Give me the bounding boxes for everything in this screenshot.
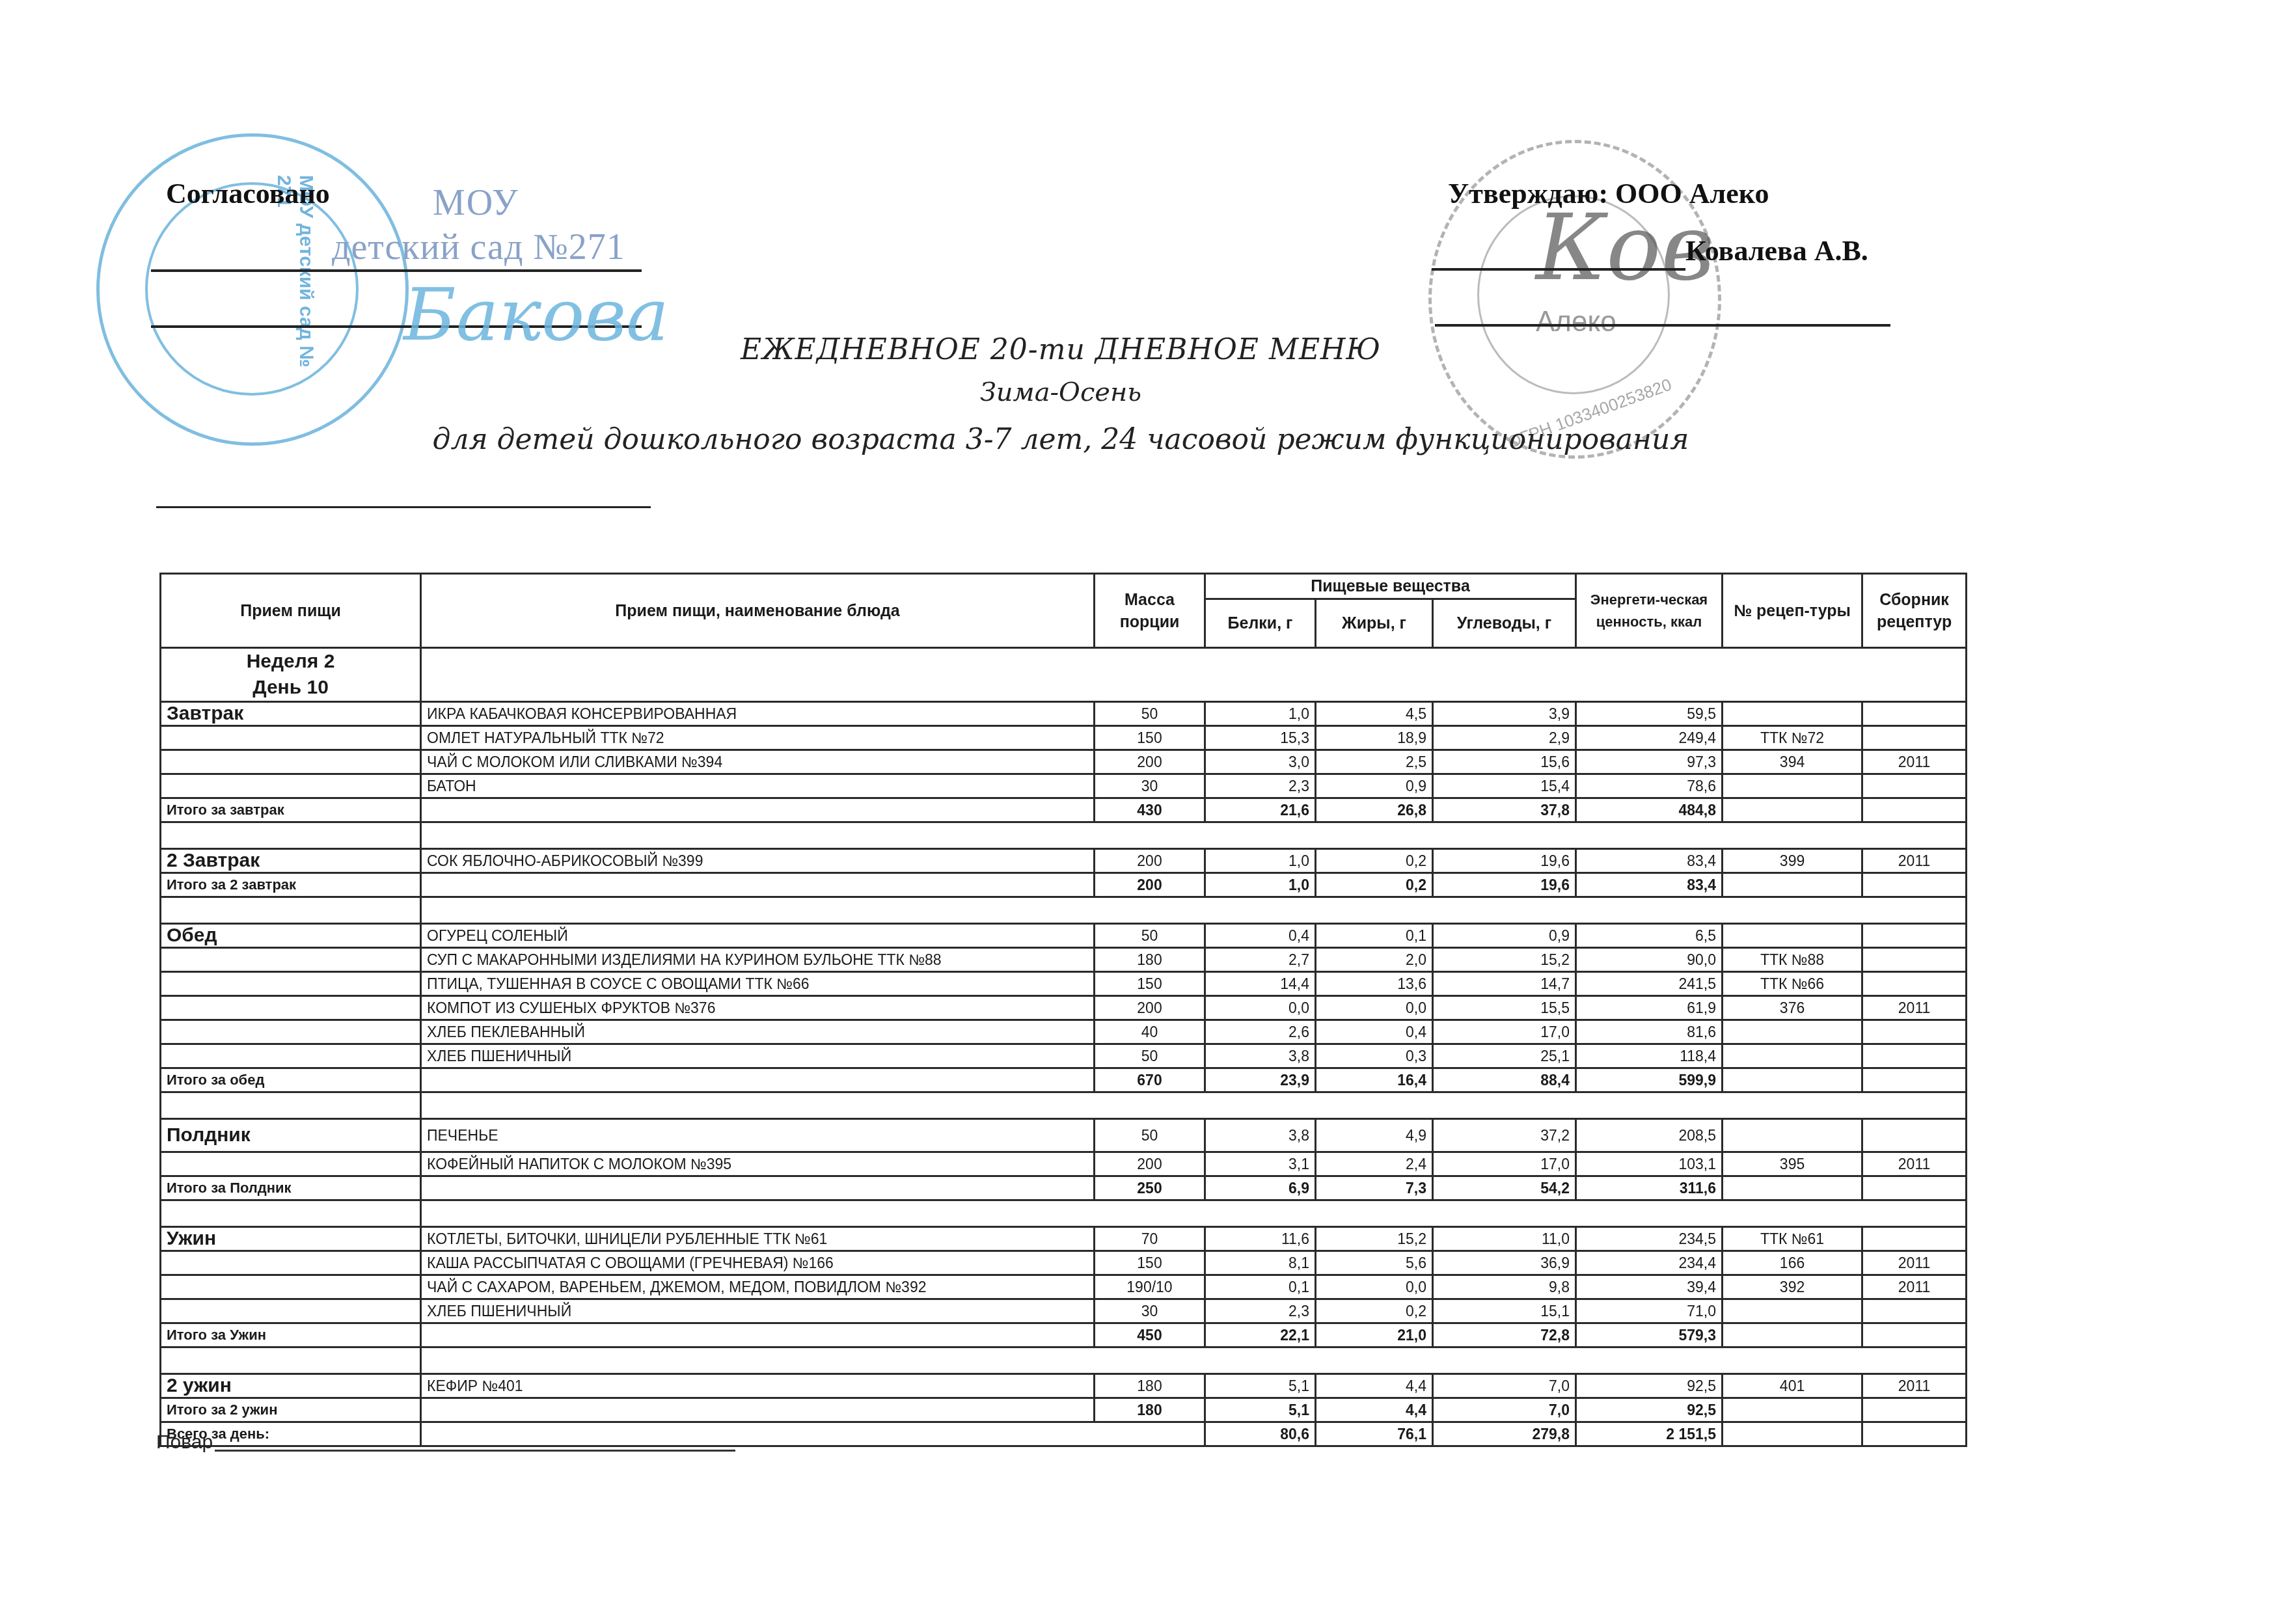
carbs-cell: 15,5 <box>1433 996 1576 1020</box>
collection-cell <box>1862 1068 1967 1092</box>
stamp-org-line2: детский сад №271 <box>332 226 625 268</box>
recipe-cell <box>1723 798 1862 822</box>
collection-cell <box>1862 1119 1967 1152</box>
collection-cell <box>1862 1398 1967 1422</box>
protein-cell: 2,3 <box>1205 1299 1316 1323</box>
recipe-cell <box>1723 1068 1862 1092</box>
collection-cell <box>1862 1044 1967 1068</box>
day-total-row: Всего за день:80,676,1279,82 151,5 <box>161 1422 1967 1446</box>
spacer-row <box>161 822 1967 849</box>
fat-cell: 5,6 <box>1316 1251 1433 1275</box>
protein-cell: 3,8 <box>1205 1044 1316 1068</box>
fat-cell: 2,5 <box>1316 750 1433 774</box>
meal-cell: Итого за завтрак <box>161 798 421 822</box>
collection-cell <box>1862 972 1967 996</box>
mass-cell: 50 <box>1095 924 1205 948</box>
dish-cell: СОК ЯБЛОЧНО-АБРИКОСОВЫЙ №399 <box>421 849 1095 873</box>
meal-cell: Итого за Полдник <box>161 1176 421 1200</box>
stamp-org-line1: МОУ <box>433 182 519 224</box>
recipe-cell <box>1723 924 1862 948</box>
carbs-cell: 17,0 <box>1433 1152 1576 1176</box>
recipe-cell <box>1723 1323 1862 1347</box>
recipe-cell: 394 <box>1723 750 1862 774</box>
table-row: ЧАЙ С МОЛОКОМ ИЛИ СЛИВКАМИ №3942003,02,5… <box>161 750 1967 774</box>
table-row: БАТОН302,30,915,478,6 <box>161 774 1967 798</box>
spacer-cell <box>421 897 1967 924</box>
table-row: ХЛЕБ ПЕКЛЕВАННЫЙ402,60,417,081,6 <box>161 1020 1967 1044</box>
spacer-row <box>161 897 1967 924</box>
subtotal-row: Итого за завтрак43021,626,837,8484,8 <box>161 798 1967 822</box>
protein-cell: 2,6 <box>1205 1020 1316 1044</box>
energy-cell: 81,6 <box>1576 1020 1723 1044</box>
menu-table: Прием пищи Прием пищи, наименование блюд… <box>159 573 1967 1447</box>
protein-cell: 11,6 <box>1205 1227 1316 1251</box>
header-energy: Энергети-ческая ценность, ккал <box>1576 574 1723 648</box>
recipe-cell: ТТК №61 <box>1723 1227 1862 1251</box>
dish-cell: КАША РАССЫПЧАТАЯ С ОВОЩАМИ (ГРЕЧНЕВАЯ) №… <box>421 1251 1095 1275</box>
carbs-cell: 3,9 <box>1433 702 1576 726</box>
fat-cell: 7,3 <box>1316 1176 1433 1200</box>
fat-cell: 0,2 <box>1316 849 1433 873</box>
dish-cell: ЧАЙ С САХАРОМ, ВАРЕНЬЕМ, ДЖЕМОМ, МЕДОМ, … <box>421 1275 1095 1299</box>
meal-cell <box>161 1299 421 1323</box>
protein-cell: 21,6 <box>1205 798 1316 822</box>
fat-cell: 0,4 <box>1316 1020 1433 1044</box>
energy-cell: 97,3 <box>1576 750 1723 774</box>
collection-cell: 2011 <box>1862 996 1967 1020</box>
table-row: ПолдникПЕЧЕНЬЕ503,84,937,2208,5 <box>161 1119 1967 1152</box>
dish-cell: ИКРА КАБАЧКОВАЯ КОНСЕРВИРОВАННАЯ <box>421 702 1095 726</box>
collection-cell <box>1862 798 1967 822</box>
table-row: ЧАЙ С САХАРОМ, ВАРЕНЬЕМ, ДЖЕМОМ, МЕДОМ, … <box>161 1275 1967 1299</box>
dish-cell: КЕФИР №401 <box>421 1374 1095 1398</box>
table-row: 2 ужинКЕФИР №4011805,14,47,092,54012011 <box>161 1374 1967 1398</box>
table-row: ХЛЕБ ПШЕНИЧНЫЙ503,80,325,1118,4 <box>161 1044 1967 1068</box>
fat-cell: 0,0 <box>1316 996 1433 1020</box>
fat-cell: 4,9 <box>1316 1119 1433 1152</box>
dish-cell: ПЕЧЕНЬЕ <box>421 1119 1095 1152</box>
protein-cell: 3,8 <box>1205 1119 1316 1152</box>
energy-cell: 118,4 <box>1576 1044 1723 1068</box>
meal-cell: Итого за обед <box>161 1068 421 1092</box>
table-row: ОбедОГУРЕЦ СОЛЕНЫЙ500,40,10,96,5 <box>161 924 1967 948</box>
mass-cell: 200 <box>1095 873 1205 897</box>
carbs-cell: 37,8 <box>1433 798 1576 822</box>
dish-cell: ЧАЙ С МОЛОКОМ ИЛИ СЛИВКАМИ №394 <box>421 750 1095 774</box>
carbs-cell: 19,6 <box>1433 873 1576 897</box>
protein-cell: 15,3 <box>1205 726 1316 750</box>
fat-cell: 2,4 <box>1316 1152 1433 1176</box>
spacer-row <box>161 1092 1967 1119</box>
header-fat: Жиры, г <box>1316 599 1433 648</box>
energy-cell: 39,4 <box>1576 1275 1723 1299</box>
collection-cell: 2011 <box>1862 1374 1967 1398</box>
fat-cell: 4,4 <box>1316 1398 1433 1422</box>
meal-cell: Итого за Ужин <box>161 1323 421 1347</box>
energy-cell: 311,6 <box>1576 1176 1723 1200</box>
meal-cell: Обед <box>161 924 421 948</box>
meal-cell: Итого за 2 ужин <box>161 1398 421 1422</box>
mass-cell: 250 <box>1095 1176 1205 1200</box>
spacer-cell <box>421 1347 1967 1374</box>
spacer-cell <box>161 1347 421 1374</box>
energy-cell: 6,5 <box>1576 924 1723 948</box>
dish-cell: ХЛЕБ ПШЕНИЧНЫЙ <box>421 1044 1095 1068</box>
fat-cell: 26,8 <box>1316 798 1433 822</box>
dish-cell <box>421 1323 1095 1347</box>
energy-cell: 208,5 <box>1576 1119 1723 1152</box>
spacer-cell <box>161 1200 421 1227</box>
audience-subtitle: для детей дошкольного возраста 3-7 лет, … <box>0 423 2121 456</box>
fat-cell: 76,1 <box>1316 1422 1433 1446</box>
dish-cell: СУП С МАКАРОННЫМИ ИЗДЕЛИЯМИ НА КУРИНОМ Б… <box>421 948 1095 972</box>
collection-cell <box>1862 1176 1967 1200</box>
mass-cell: 50 <box>1095 1044 1205 1068</box>
recipe-cell <box>1723 1119 1862 1152</box>
mass-cell: 180 <box>1095 948 1205 972</box>
dish-cell <box>421 798 1095 822</box>
meal-cell <box>161 1020 421 1044</box>
collection-cell: 2011 <box>1862 750 1967 774</box>
fat-cell: 0,9 <box>1316 774 1433 798</box>
header-meal: Прием пищи <box>161 574 421 648</box>
fat-cell: 0,0 <box>1316 1275 1433 1299</box>
energy-cell: 241,5 <box>1576 972 1723 996</box>
dish-cell <box>421 1176 1095 1200</box>
mass-cell: 150 <box>1095 1251 1205 1275</box>
collection-cell <box>1862 1299 1967 1323</box>
header-recipe-no: № рецеп-туры <box>1723 574 1862 648</box>
mass-cell: 150 <box>1095 972 1205 996</box>
dish-cell: ХЛЕБ ПШЕНИЧНЫЙ <box>421 1299 1095 1323</box>
spacer-cell <box>421 822 1967 849</box>
mass-cell: 40 <box>1095 1020 1205 1044</box>
fat-cell: 13,6 <box>1316 972 1433 996</box>
fat-cell: 4,4 <box>1316 1374 1433 1398</box>
mass-cell: 200 <box>1095 849 1205 873</box>
energy-cell: 71,0 <box>1576 1299 1723 1323</box>
collection-cell: 2011 <box>1862 849 1967 873</box>
cook-signature-line <box>215 1450 735 1452</box>
protein-cell: 2,7 <box>1205 948 1316 972</box>
fat-cell: 0,1 <box>1316 924 1433 948</box>
header-mass: Масса порции <box>1095 574 1205 648</box>
total-spacer-cell <box>421 1422 1205 1446</box>
header-nutrients: Пищевые вещества <box>1205 574 1576 599</box>
mass-cell: 200 <box>1095 1152 1205 1176</box>
dish-cell: КОТЛЕТЫ, БИТОЧКИ, ШНИЦЕЛИ РУБЛЕННЫЕ ТТК … <box>421 1227 1095 1251</box>
subtotal-row: Итого за 2 ужин1805,14,47,092,5 <box>161 1398 1967 1422</box>
carbs-cell: 9,8 <box>1433 1275 1576 1299</box>
recipe-cell: 401 <box>1723 1374 1862 1398</box>
season-subtitle: Зима-Осень <box>0 377 2121 407</box>
fat-cell: 0,3 <box>1316 1044 1433 1068</box>
approver-name: Ковалева А.В. <box>1685 234 1868 267</box>
subtotal-row: Итого за Полдник2506,97,354,2311,6 <box>161 1176 1967 1200</box>
dish-cell: ХЛЕБ ПЕКЛЕВАННЫЙ <box>421 1020 1095 1044</box>
fat-cell: 4,5 <box>1316 702 1433 726</box>
fat-cell: 2,0 <box>1316 948 1433 972</box>
meal-cell: Итого за 2 завтрак <box>161 873 421 897</box>
energy-cell: 234,4 <box>1576 1251 1723 1275</box>
document-title: ЕЖЕДНЕВНОЕ 20-ти ДНЕВНОЕ МЕНЮ <box>0 333 2121 366</box>
collection-cell <box>1862 1422 1967 1446</box>
header-collection: Сборник рецептур <box>1862 574 1967 648</box>
protein-cell: 23,9 <box>1205 1068 1316 1092</box>
mass-cell: 50 <box>1095 1119 1205 1152</box>
spacer-cell <box>421 1092 1967 1119</box>
protein-cell: 1,0 <box>1205 849 1316 873</box>
recipe-cell <box>1723 1044 1862 1068</box>
protein-cell: 0,1 <box>1205 1275 1316 1299</box>
table-row: УжинКОТЛЕТЫ, БИТОЧКИ, ШНИЦЕЛИ РУБЛЕННЫЕ … <box>161 1227 1967 1251</box>
recipe-cell: ТТК №66 <box>1723 972 1862 996</box>
protein-cell: 3,1 <box>1205 1152 1316 1176</box>
meal-cell: 2 Завтрак <box>161 849 421 873</box>
meal-cell <box>161 972 421 996</box>
carbs-cell: 17,0 <box>1433 1020 1576 1044</box>
dish-cell: ОГУРЕЦ СОЛЕНЫЙ <box>421 924 1095 948</box>
meal-cell <box>161 726 421 750</box>
fat-cell: 15,2 <box>1316 1227 1433 1251</box>
meal-cell <box>161 1251 421 1275</box>
mass-cell: 150 <box>1095 726 1205 750</box>
collection-cell <box>1862 1020 1967 1044</box>
mass-cell: 190/10 <box>1095 1275 1205 1299</box>
week-label: Неделя 2 <box>167 649 415 675</box>
recipe-cell: 376 <box>1723 996 1862 1020</box>
energy-cell: 78,6 <box>1576 774 1723 798</box>
meal-cell: Полдник <box>161 1119 421 1152</box>
week-day-cell: Неделя 2 День 10 <box>161 648 421 702</box>
mass-cell: 30 <box>1095 1299 1205 1323</box>
energy-cell: 90,0 <box>1576 948 1723 972</box>
energy-cell: 59,5 <box>1576 702 1723 726</box>
energy-cell: 234,5 <box>1576 1227 1723 1251</box>
spacer-row <box>161 1200 1967 1227</box>
dish-cell: ОМЛЕТ НАТУРАЛЬНЫЙ ТТК №72 <box>421 726 1095 750</box>
dish-cell: БАТОН <box>421 774 1095 798</box>
protein-cell: 1,0 <box>1205 702 1316 726</box>
collection-cell <box>1862 948 1967 972</box>
carbs-cell: 2,9 <box>1433 726 1576 750</box>
collection-cell <box>1862 774 1967 798</box>
carbs-cell: 25,1 <box>1433 1044 1576 1068</box>
table-row: ПТИЦА, ТУШЕННАЯ В СОУСЕ С ОВОЩАМИ ТТК №6… <box>161 972 1967 996</box>
mass-cell: 200 <box>1095 750 1205 774</box>
collection-cell: 2011 <box>1862 1275 1967 1299</box>
recipe-cell: 392 <box>1723 1275 1862 1299</box>
subtotal-row: Итого за Ужин45022,121,072,8579,3 <box>161 1323 1967 1347</box>
carbs-cell: 7,0 <box>1433 1374 1576 1398</box>
agreed-label: Согласовано <box>166 177 330 210</box>
week-day-spacer <box>421 648 1967 702</box>
energy-cell: 579,3 <box>1576 1323 1723 1347</box>
carbs-cell: 279,8 <box>1433 1422 1576 1446</box>
protein-cell: 0,0 <box>1205 996 1316 1020</box>
table-row: ХЛЕБ ПШЕНИЧНЫЙ302,30,215,171,0 <box>161 1299 1967 1323</box>
protein-cell: 3,0 <box>1205 750 1316 774</box>
carbs-cell: 11,0 <box>1433 1227 1576 1251</box>
meal-cell: 2 ужин <box>161 1374 421 1398</box>
collection-cell: 2011 <box>1862 1152 1967 1176</box>
meal-cell <box>161 1044 421 1068</box>
meal-cell <box>161 948 421 972</box>
header-protein: Белки, г <box>1205 599 1316 648</box>
cook-label: Повар <box>156 1431 213 1454</box>
meal-cell <box>161 750 421 774</box>
day-label: День 10 <box>167 675 415 701</box>
recipe-cell <box>1723 1176 1862 1200</box>
carbs-cell: 54,2 <box>1433 1176 1576 1200</box>
fat-cell: 0,2 <box>1316 873 1433 897</box>
mass-cell: 180 <box>1095 1398 1205 1422</box>
protein-cell: 2,3 <box>1205 774 1316 798</box>
mass-cell: 180 <box>1095 1374 1205 1398</box>
meal-cell: Ужин <box>161 1227 421 1251</box>
collection-cell <box>1862 1227 1967 1251</box>
recipe-cell: ТТК №72 <box>1723 726 1862 750</box>
collection-cell <box>1862 1323 1967 1347</box>
meal-cell <box>161 1275 421 1299</box>
collection-cell <box>1862 924 1967 948</box>
mass-cell: 200 <box>1095 996 1205 1020</box>
protein-cell: 14,4 <box>1205 972 1316 996</box>
protein-cell: 22,1 <box>1205 1323 1316 1347</box>
fat-cell: 21,0 <box>1316 1323 1433 1347</box>
recipe-cell <box>1723 1398 1862 1422</box>
carbs-cell: 15,2 <box>1433 948 1576 972</box>
collection-cell <box>1862 873 1967 897</box>
table-row: КОМПОТ ИЗ СУШЕНЫХ ФРУКТОВ №3762000,00,01… <box>161 996 1967 1020</box>
energy-cell: 599,9 <box>1576 1068 1723 1092</box>
dish-cell: КОМПОТ ИЗ СУШЕНЫХ ФРУКТОВ №376 <box>421 996 1095 1020</box>
fat-cell: 0,2 <box>1316 1299 1433 1323</box>
carbs-cell: 19,6 <box>1433 849 1576 873</box>
mass-cell: 30 <box>1095 774 1205 798</box>
spacer-cell <box>161 1092 421 1119</box>
recipe-cell: 399 <box>1723 849 1862 873</box>
table-row: СУП С МАКАРОННЫМИ ИЗДЕЛИЯМИ НА КУРИНОМ Б… <box>161 948 1967 972</box>
collection-cell <box>1862 726 1967 750</box>
mass-cell: 50 <box>1095 702 1205 726</box>
spacer-row <box>161 1347 1967 1374</box>
carbs-cell: 15,1 <box>1433 1299 1576 1323</box>
carbs-cell: 15,4 <box>1433 774 1576 798</box>
energy-cell: 83,4 <box>1576 873 1723 897</box>
mass-cell: 670 <box>1095 1068 1205 1092</box>
signature-line <box>1432 268 1685 271</box>
carbs-cell: 36,9 <box>1433 1251 1576 1275</box>
carbs-cell: 88,4 <box>1433 1068 1576 1092</box>
signature-line <box>151 269 642 272</box>
energy-cell: 249,4 <box>1576 726 1723 750</box>
recipe-cell <box>1723 1299 1862 1323</box>
meal-cell: Завтрак <box>161 702 421 726</box>
header-dish: Прием пищи, наименование блюда <box>421 574 1095 648</box>
meal-cell <box>161 996 421 1020</box>
spacer-cell <box>421 1200 1967 1227</box>
mass-cell: 430 <box>1095 798 1205 822</box>
recipe-cell: 166 <box>1723 1251 1862 1275</box>
header-carbs: Углеводы, г <box>1433 599 1576 648</box>
protein-cell: 80,6 <box>1205 1422 1316 1446</box>
subtotal-row: Итого за 2 завтрак2001,00,219,683,4 <box>161 873 1967 897</box>
table-row: 2 ЗавтракСОК ЯБЛОЧНО-АБРИКОСОВЫЙ №399200… <box>161 849 1967 873</box>
dish-cell <box>421 873 1095 897</box>
spacer-cell <box>161 822 421 849</box>
energy-cell: 92,5 <box>1576 1398 1723 1422</box>
carbs-cell: 14,7 <box>1433 972 1576 996</box>
fat-cell: 18,9 <box>1316 726 1433 750</box>
dish-cell: ПТИЦА, ТУШЕННАЯ В СОУСЕ С ОВОЩАМИ ТТК №6… <box>421 972 1095 996</box>
recipe-cell: ТТК №88 <box>1723 948 1862 972</box>
recipe-cell <box>1723 774 1862 798</box>
energy-cell: 2 151,5 <box>1576 1422 1723 1446</box>
dish-cell <box>421 1068 1095 1092</box>
energy-cell: 103,1 <box>1576 1152 1723 1176</box>
table-row: ОМЛЕТ НАТУРАЛЬНЫЙ ТТК №7215015,318,92,92… <box>161 726 1967 750</box>
recipe-cell: 395 <box>1723 1152 1862 1176</box>
dish-cell <box>421 1398 1095 1422</box>
spacer-cell <box>161 897 421 924</box>
table-row: ЗавтракИКРА КАБАЧКОВАЯ КОНСЕРВИРОВАННАЯ5… <box>161 702 1967 726</box>
energy-cell: 83,4 <box>1576 849 1723 873</box>
energy-cell: 92,5 <box>1576 1374 1723 1398</box>
recipe-cell <box>1723 702 1862 726</box>
collection-cell: 2011 <box>1862 1251 1967 1275</box>
meal-cell <box>161 1152 421 1176</box>
underline <box>156 506 651 508</box>
carbs-cell: 7,0 <box>1433 1398 1576 1422</box>
dish-cell: КОФЕЙНЫЙ НАПИТОК С МОЛОКОМ №395 <box>421 1152 1095 1176</box>
carbs-cell: 72,8 <box>1433 1323 1576 1347</box>
subtotal-row: Итого за обед67023,916,488,4599,9 <box>161 1068 1967 1092</box>
protein-cell: 1,0 <box>1205 873 1316 897</box>
fat-cell: 16,4 <box>1316 1068 1433 1092</box>
carbs-cell: 37,2 <box>1433 1119 1576 1152</box>
mass-cell: 450 <box>1095 1323 1205 1347</box>
protein-cell: 8,1 <box>1205 1251 1316 1275</box>
table-row: КАША РАССЫПЧАТАЯ С ОВОЩАМИ (ГРЕЧНЕВАЯ) №… <box>161 1251 1967 1275</box>
protein-cell: 5,1 <box>1205 1374 1316 1398</box>
protein-cell: 0,4 <box>1205 924 1316 948</box>
recipe-cell <box>1723 1422 1862 1446</box>
carbs-cell: 0,9 <box>1433 924 1576 948</box>
table-row: КОФЕЙНЫЙ НАПИТОК С МОЛОКОМ №3952003,12,4… <box>161 1152 1967 1176</box>
recipe-cell <box>1723 1020 1862 1044</box>
signature-line <box>1435 324 1890 327</box>
mass-cell: 70 <box>1095 1227 1205 1251</box>
carbs-cell: 15,6 <box>1433 750 1576 774</box>
protein-cell: 5,1 <box>1205 1398 1316 1422</box>
energy-cell: 61,9 <box>1576 996 1723 1020</box>
collection-cell <box>1862 702 1967 726</box>
protein-cell: 6,9 <box>1205 1176 1316 1200</box>
recipe-cell <box>1723 873 1862 897</box>
meal-cell <box>161 774 421 798</box>
energy-cell: 484,8 <box>1576 798 1723 822</box>
